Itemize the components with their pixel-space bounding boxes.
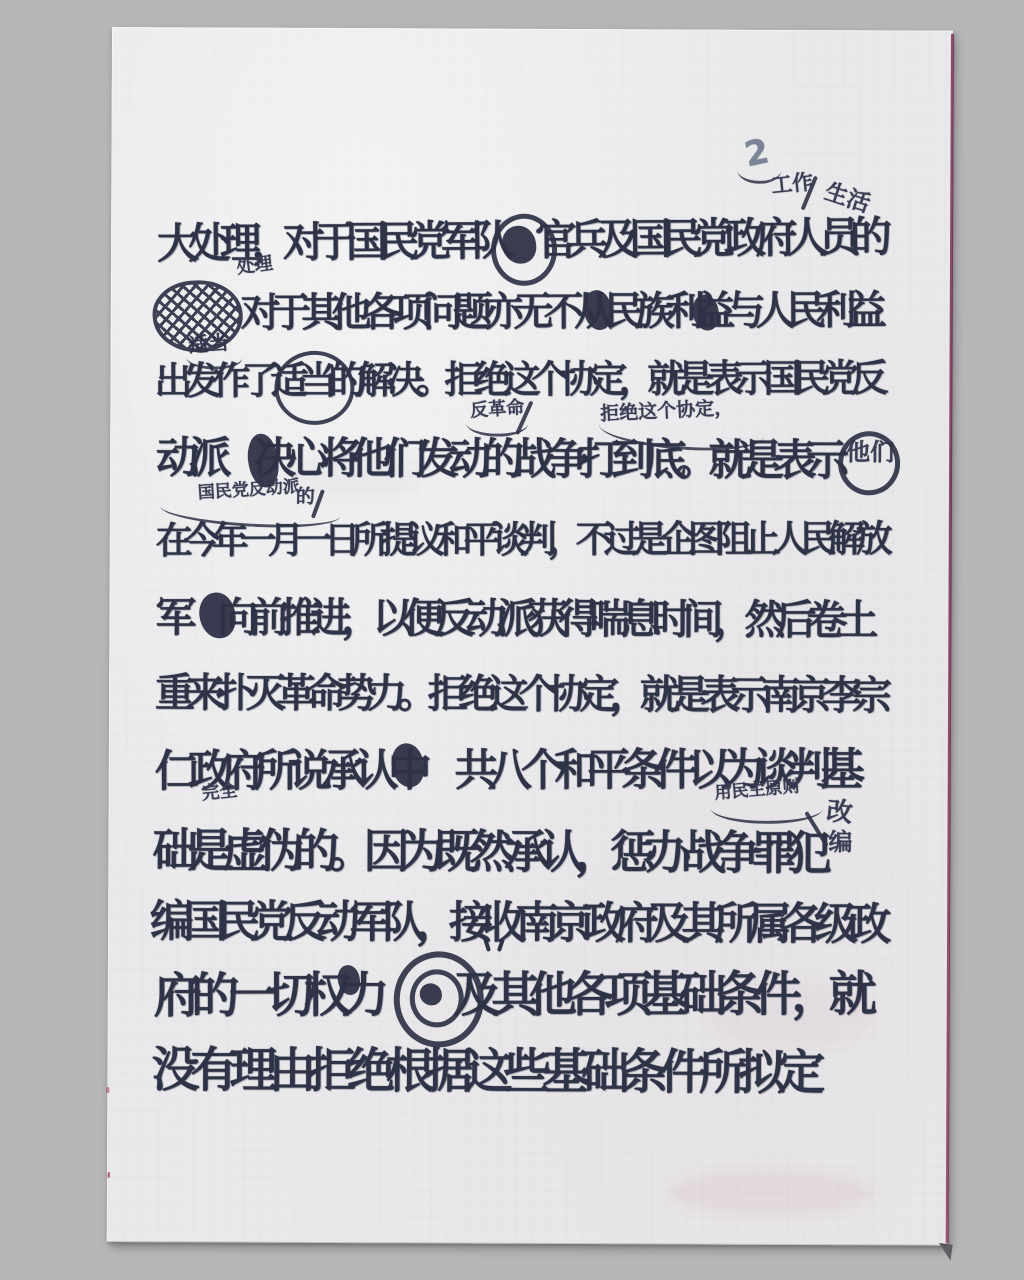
handwritten-line: 军 向前推进，以便反动派获得喘息时间，然后卷土 [155,592,868,646]
red-edge-speck [106,1087,109,1093]
corner-flap [937,1243,953,1261]
interlinear-annotation: 拒绝这个协定， [600,398,734,425]
handwritten-line: 对于其他各项问题亦无不从民族利益与人民利益 [241,286,878,339]
red-edge-speck [107,1172,110,1178]
interlinear-annotation: 处理 [236,254,274,278]
interlinear-annotation: 的 [296,487,315,508]
interlinear-annotation: 编 [828,829,852,855]
ink-circle-mark [838,431,900,495]
handwritten-line: 重来扑灭革命势力。拒绝这个协定，就是表示南京李宗 [155,668,882,721]
manuscript-page: 大处理，对于国民党军队 官兵及国民党政府人员的对于其他各项问题亦无不从民族利益与… [107,27,953,1246]
interlinear-annotation: 完全 [201,781,239,804]
handwritten-line: 编国民党反动军队，接收南京政府及其所属各级政 [150,894,881,952]
handwriting-layer: 大处理，对于国民党军队 官兵及国民党政府人员的对于其他各项问题亦无不从民族利益与… [107,27,953,1246]
interlinear-annotation: 反革命 [470,398,525,421]
ink-circle-mark [274,351,354,425]
interlinear-annotation: 改 [825,797,854,828]
ink-caret-mark [480,938,508,956]
photo-background: 大处理，对于国民党军队 官兵及国民党政府人员的对于其他各项问题亦无不从民族利益与… [0,0,1024,1280]
ink-hatch-mark [150,278,245,356]
handwritten-line: 府的一切权力 及其他各项基础条件，就 [154,964,867,1026]
handwritten-line: 没有理由拒绝根据这些基础条件所拟定 [151,1040,816,1103]
handwritten-line: 础是虚伪的。因为既然承认，惩办战争罪犯 [152,822,821,882]
interlinear-annotation: 国民党反动派 [197,478,300,503]
